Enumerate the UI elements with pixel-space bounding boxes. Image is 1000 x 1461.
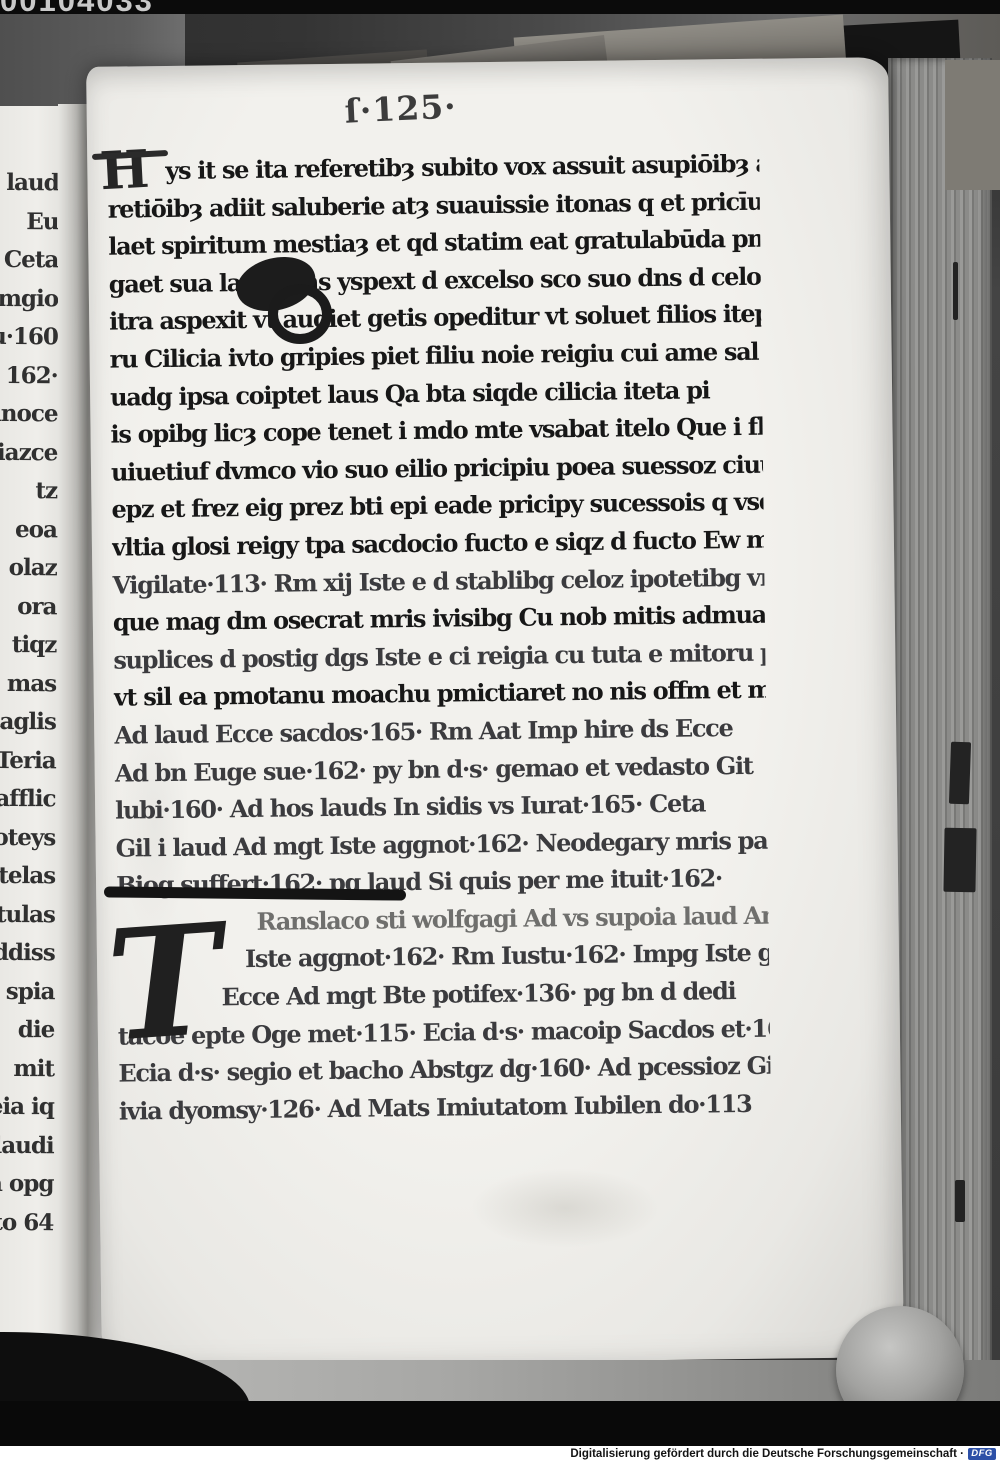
dfg-banner: Digitalisierung gefördert durch die Deut…: [0, 1446, 1000, 1461]
folio-number: ſ·125·: [344, 86, 458, 130]
leather-index-tab: [949, 742, 971, 805]
decorated-initial-t: T: [103, 904, 226, 1062]
top-black-band: 00104033: [0, 0, 1000, 14]
dfg-banner-text: Digitalisierung gefördert durch die Deut…: [570, 1448, 964, 1460]
left-page-text-fragments: laud Eu Ceta mgio ttu·160 162· dnoce iaz…: [0, 164, 59, 1243]
board-edge-corner: [945, 60, 1000, 190]
leather-index-tab: [943, 828, 976, 893]
left-page-edge: laud Eu Ceta mgio ttu·160 162· dnoce iaz…: [0, 106, 62, 1334]
background-bottom-band: [0, 1401, 1000, 1446]
dfg-logo: DFG: [968, 1448, 996, 1460]
decorated-initial-h: H: [98, 139, 150, 202]
leather-index-tab: [953, 262, 958, 320]
manuscript-page: ſ·125· ys it se ita referetibȝ subito vo…: [86, 57, 904, 1367]
page-stain: [470, 1168, 660, 1248]
book-fore-edge: [888, 58, 992, 1394]
manuscript-scan-photo: laud Eu Ceta mgio ttu·160 162· dnoce iaz…: [0, 0, 1000, 1461]
scan-id-number: 00104033: [0, 0, 154, 14]
ink-blot: [268, 284, 332, 344]
leather-index-tab: [955, 1180, 965, 1222]
text-line: ivia dyomsy·126· Ad Mats Imiutatom Iubil…: [119, 1085, 771, 1131]
